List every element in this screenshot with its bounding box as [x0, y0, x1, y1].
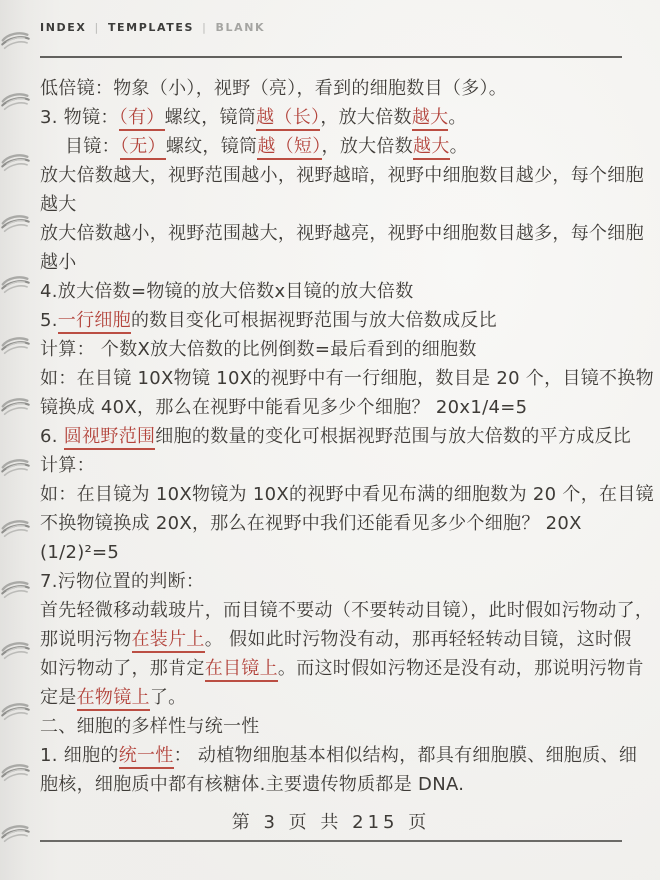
note-line: 1. 细胞的统一性： 动植物细胞基本相似结构，都具有细胞膜、细胞质、细	[40, 741, 628, 770]
note-text: 螺纹，镜筒	[165, 107, 257, 128]
note-text: 胞核，细胞质中都有核糖体.主要遗传物质都是 DNA.	[40, 774, 464, 795]
header-nav: INDEX | TEMPLATES | BLANK	[40, 21, 265, 34]
spiral-binding	[0, 0, 34, 880]
header-item-blank[interactable]: BLANK	[215, 21, 265, 34]
notes-page: INDEX | TEMPLATES | BLANK 低倍镜：物象（小），视野（亮…	[0, 0, 660, 880]
spiral-coil-icon	[0, 151, 32, 176]
highlighted-text: 越（长）	[256, 107, 320, 131]
note-text: 计算： 个数X放大倍数的比例倒数=最后看到的细胞数	[40, 339, 477, 360]
note-line: 越小	[40, 248, 628, 277]
note-line: 镜换成 40X，那么在视野中能看见多少个细胞？ 20x1/4=5	[40, 393, 628, 422]
header-separator: |	[86, 21, 108, 34]
note-text: (1/2)²=5	[40, 542, 119, 563]
spiral-coil-icon	[0, 456, 32, 481]
note-line: 5.一行细胞的数目变化可根据视野范围与放大倍数成反比	[40, 306, 628, 335]
note-text: 如污物动了，那肯定	[40, 658, 205, 679]
footer-divider	[40, 840, 622, 842]
page-number: 第 3 页 共 215 页	[40, 808, 622, 834]
note-line: 如污物动了，那肯定在目镜上。而这时假如污物还是没有动，那说明污物肯	[40, 654, 628, 683]
header-item-index[interactable]: INDEX	[40, 21, 86, 34]
highlighted-text: 圆视野范围	[64, 426, 156, 450]
note-line: 目镜：（无）螺纹，镜筒越（短），放大倍数越大。	[40, 132, 628, 161]
note-text: 计算：	[40, 455, 95, 476]
note-text: 如：在目镜为 10X物镜为 10X的视野中看见布满的细胞数为 20 个，在目镜	[40, 484, 654, 505]
note-text: 放大倍数越大，视野范围越小，视野越暗，视野中细胞数目越少，每个细胞	[40, 165, 644, 186]
highlighted-text: 越大	[413, 136, 450, 160]
note-line: 4.放大倍数=物镜的放大倍数x目镜的放大倍数	[40, 277, 628, 306]
header-item-templates[interactable]: TEMPLATES	[108, 21, 194, 34]
note-line: 低倍镜：物象（小），视野（亮），看到的细胞数目（多）。	[40, 74, 628, 103]
note-line: 二、细胞的多样性与统一性	[40, 712, 628, 741]
note-text: 首先轻微移动载玻片，而目镜不要动（不要转动目镜），此时假如污物动了，	[40, 600, 653, 621]
highlighted-text: 在目镜上	[205, 658, 278, 682]
spiral-coil-icon	[0, 29, 32, 54]
note-line: 计算： 个数X放大倍数的比例倒数=最后看到的细胞数	[40, 335, 628, 364]
note-text: 越大	[40, 194, 77, 215]
spiral-coil-icon	[0, 639, 32, 664]
note-text: 那说明污物	[40, 629, 132, 650]
note-line: 计算：	[40, 451, 628, 480]
note-line: 6. 圆视野范围细胞的数量的变化可根据视野范围与放大倍数的平方成反比	[40, 422, 628, 451]
notes-body: 低倍镜：物象（小），视野（亮），看到的细胞数目（多）。3. 物镜：（有）螺纹，镜…	[40, 74, 628, 799]
header-divider	[40, 56, 622, 58]
note-text: 4.放大倍数=物镜的放大倍数x目镜的放大倍数	[40, 281, 414, 302]
spiral-coil-icon	[0, 334, 32, 359]
note-text: 。而这时假如污物还是没有动，那说明污物肯	[278, 658, 644, 679]
header-separator: |	[194, 21, 216, 34]
note-text: 细胞的数量的变化可根据视野范围与放大倍数的平方成反比	[155, 426, 631, 447]
highlighted-text: 越（短）	[257, 136, 321, 160]
note-line: 定是在物镜上了。	[40, 683, 628, 712]
note-text: ，放大倍数	[322, 136, 414, 157]
spiral-coil-icon	[0, 212, 32, 237]
highlighted-text: 在装片上	[132, 629, 205, 653]
note-text: 1. 细胞的	[40, 745, 119, 766]
note-text: 3. 物镜：	[40, 107, 119, 128]
note-text: 。 假如此时污物没有动，那再轻轻转动目镜，这时假	[205, 629, 632, 650]
highlighted-text: 一行细胞	[58, 310, 131, 334]
note-text: ： 动植物细胞基本相似结构，都具有细胞膜、细胞质、细	[174, 745, 638, 766]
note-line: 放大倍数越大，视野范围越小，视野越暗，视野中细胞数目越少，每个细胞	[40, 161, 628, 190]
note-line: 7.污物位置的判断：	[40, 567, 628, 596]
note-text: 。	[450, 136, 468, 157]
note-text: 螺纹，镜筒	[166, 136, 258, 157]
highlighted-text: 越大	[412, 107, 449, 131]
note-text: 不换物镜换成 20X，那么在视野中我们还能看见多少个细胞？ 20X	[40, 513, 582, 534]
note-text: 如：在目镜 10X物镜 10X的视野中有一行细胞，数目是 20 个，目镜不换物	[40, 368, 654, 389]
spiral-coil-icon	[0, 578, 32, 603]
note-text: 放大倍数越小，视野范围越大，视野越亮，视野中细胞数目越多，每个细胞	[40, 223, 644, 244]
note-line: (1/2)²=5	[40, 538, 628, 567]
note-text: ，放大倍数	[320, 107, 412, 128]
note-line: 胞核，细胞质中都有核糖体.主要遗传物质都是 DNA.	[40, 770, 628, 799]
note-line: 不换物镜换成 20X，那么在视野中我们还能看见多少个细胞？ 20X	[40, 509, 628, 538]
note-text: 定是	[40, 687, 77, 708]
note-text: 二、细胞的多样性与统一性	[40, 716, 260, 737]
spiral-coil-icon	[0, 761, 32, 786]
note-text: 了。	[150, 687, 187, 708]
note-line: 首先轻微移动载玻片，而目镜不要动（不要转动目镜），此时假如污物动了，	[40, 596, 628, 625]
note-line: 3. 物镜：（有）螺纹，镜筒越（长），放大倍数越大。	[40, 103, 628, 132]
spiral-coil-icon	[0, 273, 32, 298]
note-text: 6.	[40, 426, 64, 447]
note-text: 低倍镜：物象（小），视野（亮），看到的细胞数目（多）。	[40, 78, 507, 99]
note-text: 目镜：	[65, 136, 120, 157]
spiral-coil-icon	[0, 90, 32, 115]
note-text: 。	[448, 107, 466, 128]
highlighted-text: 在物镜上	[77, 687, 150, 711]
note-text: 越小	[40, 252, 77, 273]
highlighted-text: （有）	[119, 107, 165, 131]
note-text: 7.污物位置的判断：	[40, 571, 204, 592]
note-line: 那说明污物在装片上。 假如此时污物没有动，那再轻轻转动目镜，这时假	[40, 625, 628, 654]
highlighted-text: （无）	[120, 136, 166, 160]
spiral-coil-icon	[0, 700, 32, 725]
note-text: 的数目变化可根据视野范围与放大倍数成反比	[131, 310, 497, 331]
note-line: 越大	[40, 190, 628, 219]
highlighted-text: 统一性	[119, 745, 174, 769]
note-text: 5.	[40, 310, 58, 331]
note-line: 如：在目镜 10X物镜 10X的视野中有一行细胞，数目是 20 个，目镜不换物	[40, 364, 628, 393]
spiral-coil-icon	[0, 395, 32, 420]
note-text: 镜换成 40X，那么在视野中能看见多少个细胞？ 20x1/4=5	[40, 397, 527, 418]
note-line: 放大倍数越小，视野范围越大，视野越亮，视野中细胞数目越多，每个细胞	[40, 219, 628, 248]
note-line: 如：在目镜为 10X物镜为 10X的视野中看见布满的细胞数为 20 个，在目镜	[40, 480, 628, 509]
spiral-coil-icon	[0, 517, 32, 542]
spiral-coil-icon	[0, 822, 32, 847]
